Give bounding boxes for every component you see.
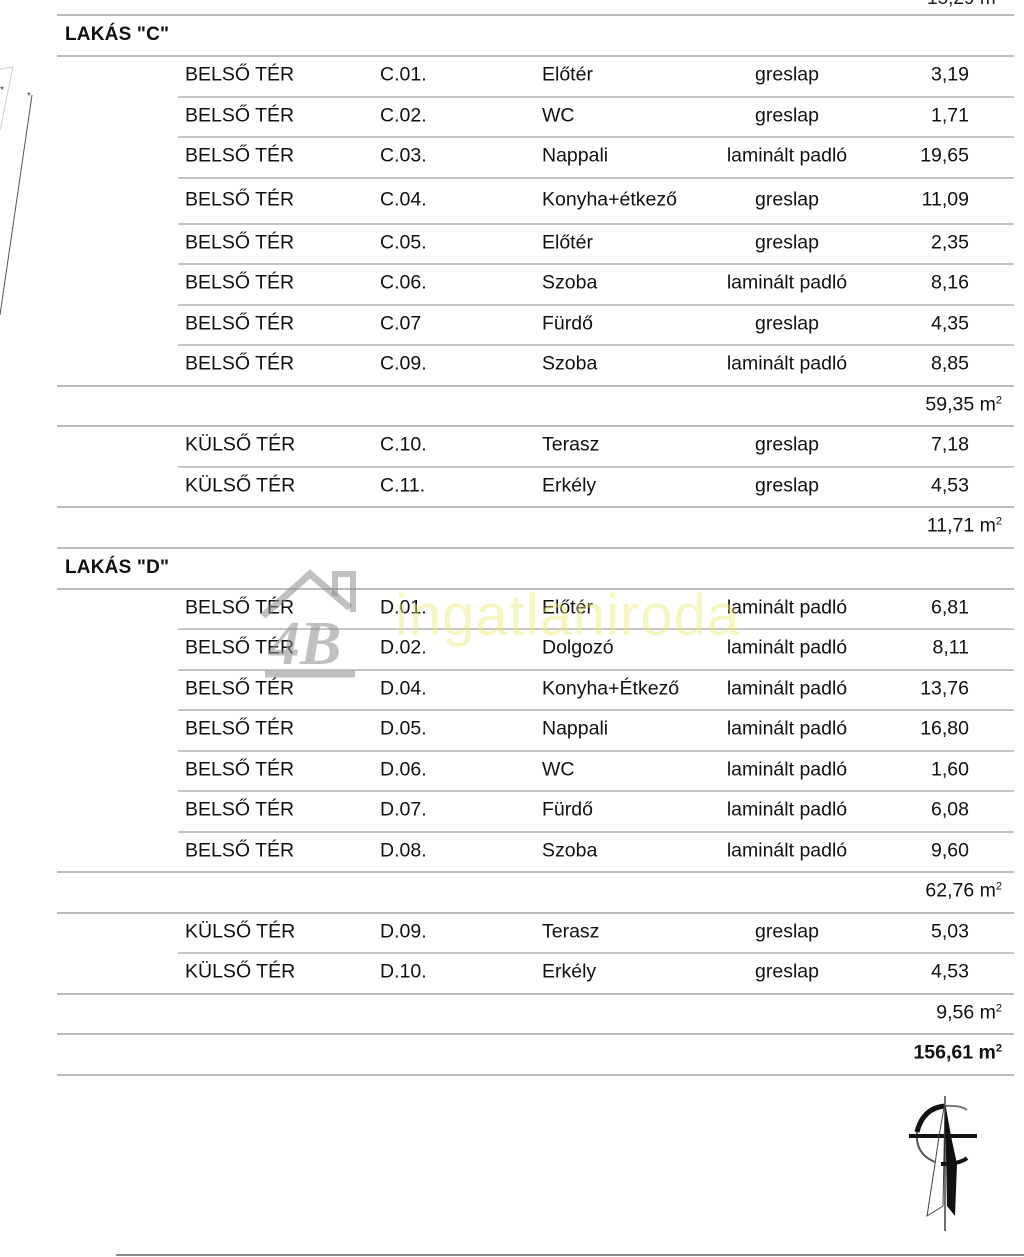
table-row: BELSŐ TÉRD.05.Nappalilaminált padló16,80 [57, 709, 1014, 750]
floor-material-cell: laminált padló [697, 758, 877, 781]
unit-superscript: 2 [996, 1002, 1002, 1014]
room-code-cell: C.04. [380, 188, 427, 211]
room-name-cell: WC [542, 758, 575, 781]
north-arrow-icon [905, 1096, 985, 1231]
area-cell: 7,18 [877, 434, 969, 457]
apartment-title: LAKÁS "C" [65, 24, 169, 46]
table-row: BELSŐ TÉRC.07Fürdőgreslap4,35 [57, 304, 1014, 345]
space-type-cell: BELSŐ TÉR [185, 353, 294, 376]
interior-subtotal: 59,35 m2 [57, 385, 1014, 425]
space-type-cell: KÜLSŐ TÉR [185, 434, 295, 457]
unit-superscript: 2 [996, 881, 1002, 893]
exterior-subtotal-value: 9,56 m2 [936, 1001, 1002, 1024]
space-type-cell: BELSŐ TÉR [185, 231, 294, 254]
room-name-cell: Dolgozó [542, 637, 614, 660]
area-value: 62,76 [925, 880, 974, 902]
unit-superscript: 2 [996, 516, 1002, 528]
area-cell: 13,76 [877, 677, 969, 700]
floor-material-cell: laminált padló [697, 596, 877, 619]
unit-superscript: 2 [996, 394, 1002, 406]
space-type-cell: BELSŐ TÉR [185, 596, 294, 619]
table-row: BELSŐ TÉRC.02.WCgreslap1,71 [57, 96, 1014, 137]
room-code-cell: D.05. [380, 718, 427, 741]
area-cell: 4,53 [877, 961, 969, 984]
page-bottom-rule [116, 1254, 1024, 1256]
room-name-cell: Előtér [542, 231, 593, 254]
space-type-cell: BELSŐ TÉR [185, 799, 294, 822]
area-cell: 2,35 [877, 231, 969, 254]
floor-material-cell: greslap [697, 961, 877, 984]
table-row: KÜLSŐ TÉRC.10.Teraszgreslap7,18 [57, 425, 1014, 466]
unit-superscript: 2 [996, 1043, 1002, 1055]
space-type-cell: BELSŐ TÉR [185, 64, 294, 87]
interior-subtotal: 62,76 m2 [57, 871, 1014, 911]
unit: m [980, 880, 996, 902]
floor-material-cell: laminált padló [697, 799, 877, 822]
area-value: 156,61 [913, 1042, 973, 1064]
area-cell: 3,19 [877, 64, 969, 87]
room-code-cell: D.02. [380, 637, 427, 660]
space-type-cell: BELSŐ TÉR [185, 104, 294, 127]
table-row: BELSŐ TÉRD.04.Konyha+Étkezőlaminált padl… [57, 669, 1014, 710]
space-type-cell: KÜLSŐ TÉR [185, 920, 295, 943]
table-row: BELSŐ TÉRD.06.WClaminált padló1,60 [57, 750, 1014, 791]
room-name-cell: Erkély [542, 961, 596, 984]
floor-material-cell: greslap [697, 104, 877, 127]
table-row: BELSŐ TÉRC.09.Szobalaminált padló8,85 [57, 344, 1014, 385]
room-code-cell: D.10. [380, 961, 427, 984]
floor-material-cell: laminált padló [697, 272, 877, 295]
space-type-cell: KÜLSŐ TÉR [185, 474, 295, 497]
area-cell: 9,60 [877, 839, 969, 862]
room-name-cell: Erkély [542, 474, 596, 497]
room-code-cell: D.07. [380, 799, 427, 822]
interior-subtotal-value: 59,35 m2 [925, 393, 1002, 416]
grand-total: 156,61 m2 [57, 1033, 1014, 1073]
room-code-cell: C.11. [380, 474, 425, 497]
space-type-cell: KÜLSŐ TÉR [185, 961, 295, 984]
room-code-cell: C.10. [380, 434, 427, 457]
room-code-cell: D.06. [380, 758, 427, 781]
room-code-cell: C.09. [380, 353, 427, 376]
previous-page-total: 15,29 m² [906, 0, 1002, 10]
unit: m [980, 393, 996, 415]
area-value: 11,71 [927, 515, 974, 537]
space-type-cell: BELSŐ TÉR [185, 272, 294, 295]
floor-material-cell: laminált padló [697, 677, 877, 700]
room-name-cell: Előtér [542, 64, 593, 87]
rule-full [57, 1074, 1014, 1076]
unit: m [980, 1001, 996, 1023]
table-row: KÜLSŐ TÉRC.11.Erkélygreslap4,53 [57, 466, 1014, 507]
area-cell: 11,09 [877, 188, 969, 211]
area-cell: 4,53 [877, 474, 969, 497]
room-name-cell: Fürdő [542, 799, 593, 822]
room-code-cell: C.02. [380, 104, 427, 127]
apartment-title: LAKÁS "D" [65, 557, 169, 579]
room-code-cell: C.05. [380, 231, 427, 254]
table-row: KÜLSŐ TÉRD.09.Teraszgreslap5,03 [57, 912, 1014, 953]
floor-material-cell: greslap [697, 920, 877, 943]
floor-material-cell: greslap [697, 434, 877, 457]
floor-material-cell: greslap [697, 188, 877, 211]
area-cell: 6,08 [877, 799, 969, 822]
space-type-cell: BELSŐ TÉR [185, 839, 294, 862]
interior-subtotal-value: 62,76 m2 [925, 880, 1002, 903]
table-row: BELSŐ TÉRD.08.Szobalaminált padló9,60 [57, 831, 1014, 872]
unit: m [980, 515, 996, 537]
area-cell: 4,35 [877, 312, 969, 335]
space-type-cell: BELSŐ TÉR [185, 188, 294, 211]
floorplan-edge-drawing: * * [0, 55, 50, 325]
space-type-cell: BELSŐ TÉR [185, 718, 294, 741]
rule-full [57, 547, 1014, 549]
floor-material-cell: laminált padló [697, 718, 877, 741]
exterior-subtotal-value: 11,71 m2 [927, 515, 1002, 538]
room-code-cell: C.03. [380, 145, 427, 168]
room-name-cell: Szoba [542, 272, 597, 295]
grand-total-value: 156,61 m2 [913, 1042, 1002, 1065]
area-cell: 1,71 [877, 104, 969, 127]
area-value: 9,56 [936, 1001, 974, 1023]
room-name-cell: Terasz [542, 920, 599, 943]
rule-full [57, 14, 1014, 16]
unit: m [979, 1042, 996, 1064]
room-name-cell: Szoba [542, 839, 597, 862]
room-code-cell: C.07 [380, 312, 421, 335]
space-type-cell: BELSŐ TÉR [185, 758, 294, 781]
area-cell: 8,11 [877, 637, 969, 660]
table-row: BELSŐ TÉRD.01.Előtérlaminált padló6,81 [57, 588, 1014, 629]
room-name-cell: Fürdő [542, 312, 593, 335]
room-code-cell: D.04. [380, 677, 427, 700]
room-code-cell: D.01. [380, 596, 427, 619]
room-name-cell: Terasz [542, 434, 599, 457]
space-type-cell: BELSŐ TÉR [185, 677, 294, 700]
area-cell: 19,65 [877, 145, 969, 168]
exterior-subtotal: 11,71 m2 [57, 506, 1014, 546]
area-value: 59,35 [925, 393, 974, 415]
area-cell: 8,85 [877, 353, 969, 376]
table-row: BELSŐ TÉRD.07.Fürdőlaminált padló6,08 [57, 790, 1014, 831]
floor-material-cell: greslap [697, 231, 877, 254]
floor-material-cell: laminált padló [697, 353, 877, 376]
floor-material-cell: greslap [697, 312, 877, 335]
room-name-cell: Konyha+étkező [542, 188, 677, 211]
table-row: BELSŐ TÉRC.06.Szobalaminált padló8,16 [57, 263, 1014, 304]
table-row: BELSŐ TÉRC.04.Konyha+étkezőgreslap11,09 [57, 177, 1014, 223]
space-type-cell: BELSŐ TÉR [185, 637, 294, 660]
floor-material-cell: laminált padló [697, 637, 877, 660]
room-code-cell: D.09. [380, 920, 427, 943]
area-cell: 6,81 [877, 596, 969, 619]
room-code-cell: C.06. [380, 272, 427, 295]
area-cell: 1,60 [877, 758, 969, 781]
floor-material-cell: laminált padló [697, 839, 877, 862]
room-code-cell: D.08. [380, 839, 427, 862]
space-type-cell: BELSŐ TÉR [185, 312, 294, 335]
svg-text:*: * [0, 85, 4, 96]
svg-text:*: * [27, 91, 31, 102]
room-name-cell: Nappali [542, 145, 608, 168]
area-cell: 8,16 [877, 272, 969, 295]
table-row: BELSŐ TÉRD.02.Dolgozólaminált padló8,11 [57, 628, 1014, 669]
area-cell: 5,03 [877, 920, 969, 943]
table-row: BELSŐ TÉRC.01.Előtérgreslap3,19 [57, 55, 1014, 96]
table-row: KÜLSŐ TÉRD.10.Erkélygreslap4,53 [57, 952, 1014, 993]
table-row: BELSŐ TÉRC.05.Előtérgreslap2,35 [57, 223, 1014, 264]
room-name-cell: Szoba [542, 353, 597, 376]
floor-material-cell: laminált padló [697, 145, 877, 168]
space-type-cell: BELSŐ TÉR [185, 145, 294, 168]
exterior-subtotal: 9,56 m2 [57, 993, 1014, 1033]
floor-material-cell: greslap [697, 474, 877, 497]
floor-material-cell: greslap [697, 64, 877, 87]
room-name-cell: Nappali [542, 718, 608, 741]
table-row: BELSŐ TÉRC.03.Nappalilaminált padló19,65 [57, 136, 1014, 177]
area-cell: 16,80 [877, 718, 969, 741]
room-name-cell: WC [542, 104, 575, 127]
room-name-cell: Konyha+Étkező [542, 677, 679, 700]
room-code-cell: C.01. [380, 64, 427, 87]
room-name-cell: Előtér [542, 596, 593, 619]
